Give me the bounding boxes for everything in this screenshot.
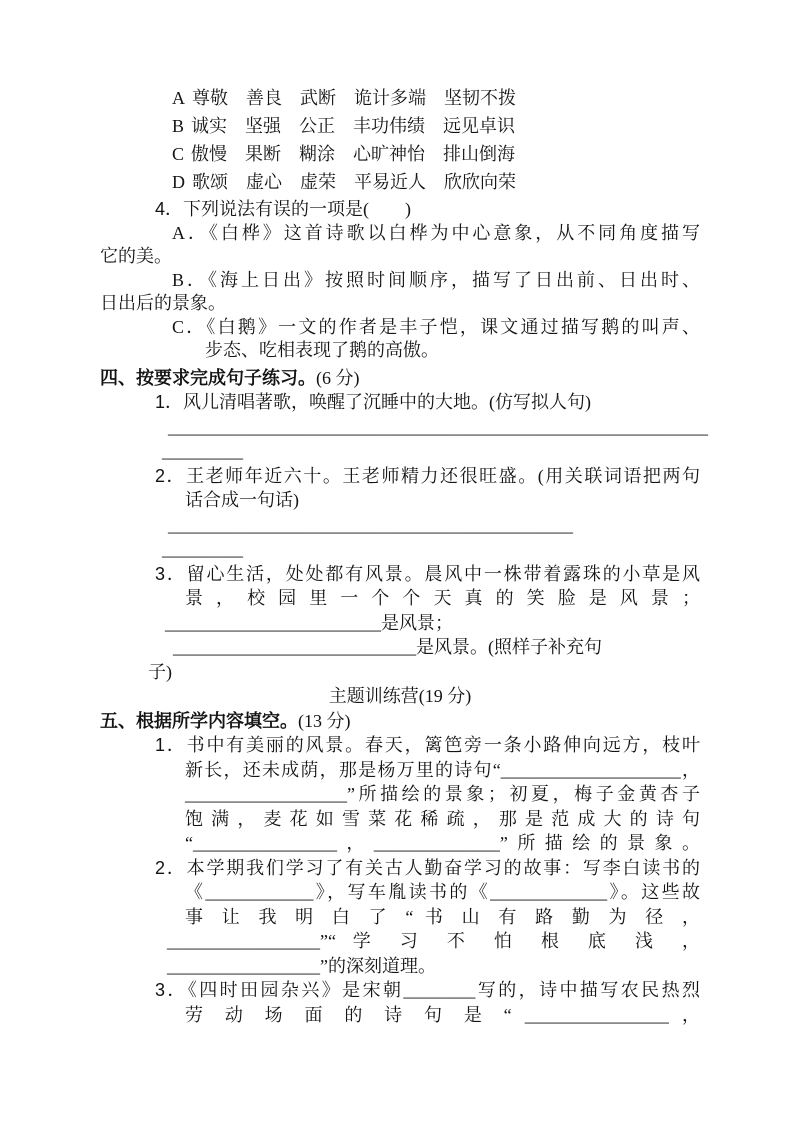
q4-option-c-line-2: 步态、吃相表现了鹅的高傲。 xyxy=(100,339,700,363)
word-row-a-label: A xyxy=(172,88,185,108)
sec4-q2-line-2: 话合成一句话) xyxy=(100,488,700,513)
section-4-heading: 四、按要求完成句子练习。(6 分) xyxy=(100,366,700,391)
sec4-q3-line-1: 3．留心生活，处处都有风景。晨风中一株带着露珠的小草是风 xyxy=(100,562,700,587)
sec4-q3-blank-a: ________________________ xyxy=(165,613,381,633)
sec5-q2-line-2: 《____________》，写车胤读书的《_____________》。这些故 xyxy=(100,880,700,905)
sec5-q1-line-2: 新长，还未成荫，那是杨万里的诗句“____________________， xyxy=(100,758,700,783)
question-4-stem-text: 下列说法有误的一项是( ) xyxy=(183,199,411,219)
sec4-q3-line-2: 景 ， 校 园 里 一 个 个 天 真 的 笑 脸 是 风 景 ； xyxy=(100,586,700,611)
sec4-q3-line-4: ___________________________是风景。(照样子补充句 xyxy=(100,635,700,660)
sec5-q3-line-2: 劳 动 场 面 的 诗 句 是 “ ________________ ， xyxy=(100,1003,700,1028)
section-5-heading: 五、根据所学内容填空。(13 分) xyxy=(100,709,700,734)
question-4: 4．下列说法有误的一项是( ) A．《白桦》这首诗歌以白桦为中心意象，从不同角度… xyxy=(100,198,700,363)
sec5-q2-line-5: _________________”的深刻道理。 xyxy=(100,954,700,979)
sec4-q2-number: 2． xyxy=(155,466,186,486)
sec4-q3-line-5: 子) xyxy=(100,660,700,685)
word-row-a-words: 尊敬 善良 武断 诡计多端 坚韧不拨 xyxy=(192,88,516,108)
sec5-q2-number: 2． xyxy=(155,858,187,878)
sec4-q2-answer-blank-line-1: ________________________________________… xyxy=(100,513,700,538)
sec5-q1-line-5: “________________，______________”所描绘的景象。 xyxy=(100,831,700,856)
word-row-b: B诚实 坚强 公正 丰功伟绩 远见卓识 xyxy=(100,112,700,140)
q4-option-b-line-1: B．《海上日出》按照时间顺序，描写了日出前、日出时、 xyxy=(100,269,700,293)
word-row-c: C傲慢 果断 糊涂 心旷神怡 排山倒海 xyxy=(100,140,700,168)
sec5-q3-number: 3． xyxy=(155,980,188,1000)
sec4-q1-answer-blank-line-2: _________ xyxy=(100,439,700,464)
sec5-q1-line-1: 1．书中有美丽的风景。春天，篱笆旁一条小路伸向远方，枝叶 xyxy=(100,733,700,758)
sec4-q1-text: 风儿清唱著歌，唤醒了沉睡中的大地。(仿写拟人句) xyxy=(183,392,591,412)
sec5-q2-line-3: 事 让 我 明 白 了 “ 书 山 有 路 勤 为 径 ， xyxy=(100,905,700,930)
word-row-d: D歌颂 虚心 虚荣 平易近人 欣欣向荣 xyxy=(100,168,700,196)
word-row-c-words: 傲慢 果断 糊涂 心旷神怡 排山倒海 xyxy=(191,144,515,164)
word-row-b-label: B xyxy=(172,116,184,136)
sec5-q1-line-4: 饱 满 ， 麦 花 如 雪 菜 花 稀 疏 ， 那 是 范 成 大 的 诗 句 xyxy=(100,807,700,832)
sec4-q2-line-1: 2．王老师年近六十。王老师精力还很旺盛。(用关联词语把两句 xyxy=(100,464,700,489)
word-row-d-words: 歌颂 虚心 虚荣 平易近人 欣欣向荣 xyxy=(192,172,516,192)
sec4-q3-line-3-text: 是风景； xyxy=(381,613,453,633)
word-row-d-label: D xyxy=(172,172,185,192)
training-camp-heading: 主题训练营(19 分) xyxy=(100,684,700,709)
sec4-q1-number: 1． xyxy=(155,392,183,412)
q4-option-a-line-2: 它的美。 xyxy=(100,245,700,269)
sec5-q1-number: 1． xyxy=(155,735,187,755)
q4-option-a-line-1: A．《白桦》这首诗歌以白桦为中心意象，从不同角度描写 xyxy=(100,222,700,246)
question-4-stem: 4．下列说法有误的一项是( ) xyxy=(100,198,700,222)
sec5-q3-text: 《四时田园杂兴》是宋朝________写的，诗中描写农民热烈 xyxy=(188,980,700,1000)
sec5-q1-line-3: __________________”所描绘的景象；初夏，梅子金黄杏子 xyxy=(100,782,700,807)
word-row-b-words: 诚实 坚强 公正 丰功伟绩 远见卓识 xyxy=(191,116,515,136)
word-option-list: A尊敬 善良 武断 诡计多端 坚韧不拨 B诚实 坚强 公正 丰功伟绩 远见卓识 … xyxy=(100,84,700,196)
sec5-q3-line-1: 3．《四时田园杂兴》是宋朝________写的，诗中描写农民热烈 xyxy=(100,978,700,1003)
q4-option-c-line-1: C．《白鹅》一文的作者是丰子恺，课文通过描写鹅的叫声、 xyxy=(100,316,700,340)
sec5-q2-text: 本学期我们学习了有关古人勤奋学习的故事：写李白读书的 xyxy=(187,858,700,878)
sec4-q3-line-4-text: 是风景。(照样子补充句 xyxy=(416,637,602,657)
sec5-q1-text: 书中有美丽的风景。春天，篱笆旁一条小路伸向远方，枝叶 xyxy=(187,735,700,755)
exam-worksheet-page: A尊敬 善良 武断 诡计多端 坚韧不拨 B诚实 坚强 公正 丰功伟绩 远见卓识 … xyxy=(0,0,793,1122)
word-row-a: A尊敬 善良 武断 诡计多端 坚韧不拨 xyxy=(100,84,700,112)
section-4-title: 四、按要求完成句子练习。 xyxy=(100,368,316,388)
main-sections: 四、按要求完成句子练习。(6 分) 1．风儿清唱著歌，唤醒了沉睡中的大地。(仿写… xyxy=(100,366,700,1028)
sec4-q2-answer-blank-line-2: _________ xyxy=(100,537,700,562)
sec4-q3-text: 留心生活，处处都有风景。晨风中一株带着露珠的小草是风 xyxy=(187,564,700,584)
sec4-q3-number: 3． xyxy=(155,564,187,584)
section-5-score: (13 分) xyxy=(298,711,351,731)
sec4-q3-blank-b: ___________________________ xyxy=(173,637,416,657)
word-row-c-label: C xyxy=(172,144,184,164)
q4-option-b-line-2: 日出后的景象。 xyxy=(100,292,700,316)
section-4-score: (6 分) xyxy=(316,368,360,388)
sec4-q2-text: 王老师年近六十。王老师精力还很旺盛。(用关联词语把两句 xyxy=(186,466,700,486)
sec4-q1-line: 1．风儿清唱著歌，唤醒了沉睡中的大地。(仿写拟人句) xyxy=(100,390,700,415)
question-4-number: 4． xyxy=(155,199,183,219)
sec5-q2-line-4: _________________”“ 学 习 不 怕 根 底 浅 ， xyxy=(100,929,700,954)
sec5-q2-line-1: 2．本学期我们学习了有关古人勤奋学习的故事：写李白读书的 xyxy=(100,856,700,881)
sec4-q3-line-3: ________________________是风景； xyxy=(100,611,700,636)
section-5-title: 五、根据所学内容填空。 xyxy=(100,711,298,731)
sec4-q1-answer-blank-line-1: ________________________________________… xyxy=(100,415,700,440)
